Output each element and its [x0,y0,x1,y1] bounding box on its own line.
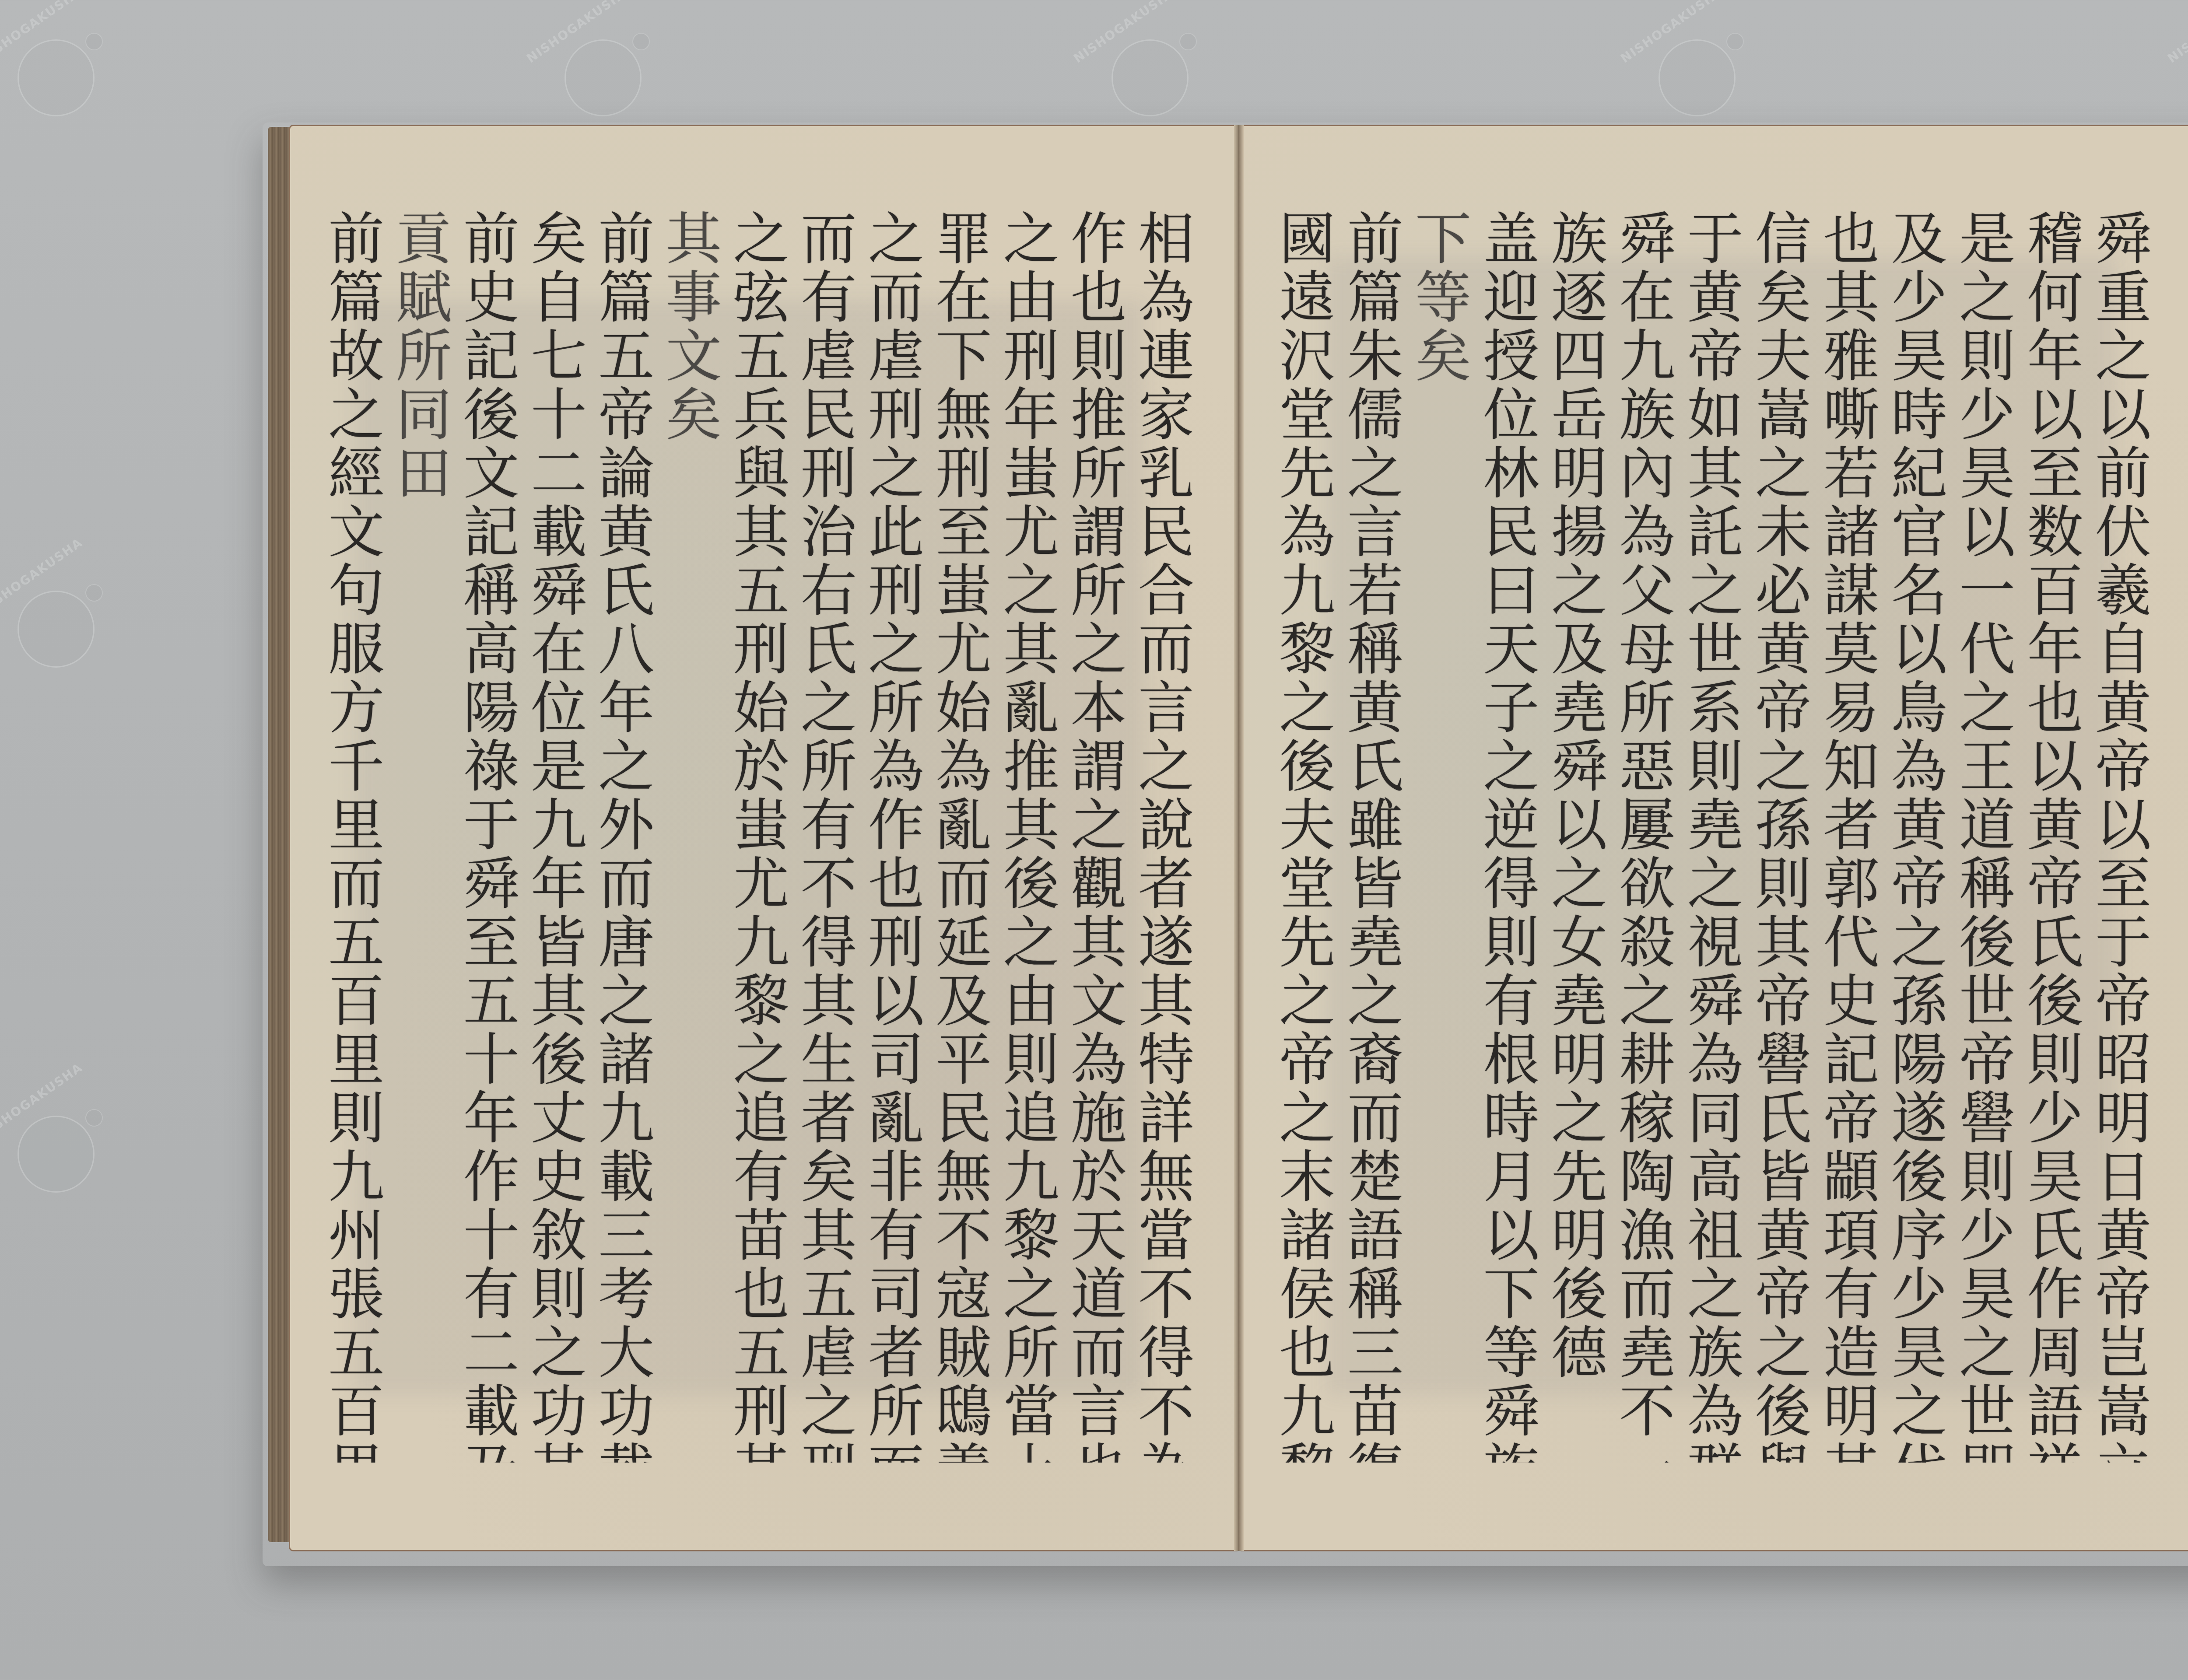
text-column: 是之則少昊以一代之王道稱後世帝嚳則少昊之世即衰也而其犯于黄帝之後 [1956,209,2023,1463]
text-column: 作也則推所謂所之本謂之觀其文為施於天道而言也則推其後之言推之前 [1068,209,1135,1463]
watermark-label: NISHOGAKUSHA [0,535,85,617]
text-column: 族逐四岳明揚之及堯舜以之女堯明之先明後德 [1547,209,1615,1463]
book-spine-gutter [1234,125,1244,1551]
text-column: 之弦五兵與其五刑始於蚩尤九黎之追有苗也五刑其肆所措不同者為言而已 [730,209,797,1463]
text-column: 之而虐刑之此刑之所為作也刑以司亂非有司者所而不得已而後用之宋 [865,209,933,1463]
watermark-label: NISHOGAKUSHA [0,0,85,66]
text-column: 下等矣 [1412,209,1480,1463]
watermark-logo-icon: NISHOGAKUSHA [0,569,105,674]
watermark-label: NISHOGAKUSHA [1071,0,1179,66]
left-page: 相為連家乳民合而言之說者遂其特詳無當不得不為之意夫古則之為刑而作也則推所謂所之本… [289,125,1238,1551]
text-column: 相為連家乳民合而言之說者遂其特詳無當不得不為之意夫古則之為刑而 [1135,209,1203,1463]
right-page: 舜重之以前伏羲自黄帝以至于帝昭明日黄帝岂嵩立而蟬放康冏望稽何年以至数百年也以黄帝… [1241,125,2188,1551]
left-page-text-columns: 相為連家乳民合而言之說者遂其特詳無當不得不為之意夫古則之為刑而作也則推所謂所之本… [325,209,1203,1463]
text-column: 前篇故之經文句服方千里而五百里則九州張五百里者舜一州之地 [325,209,393,1463]
text-column: 前篇朱儒之言若稱黄氏雖皆堯之裔而楚語稱三苗復九黎之德孔安 [1343,209,1411,1463]
watermark-logo-icon: NISHOGAKUSHA [0,1094,105,1199]
text-column: 稽何年以至数百年也以黄帝氏後則少昊氏作周語祥少昊氏之衰九黎亂德 [2023,209,2091,1463]
text-column: 貢賦所同田 [393,209,460,1463]
text-column: 于黄帝如其託之世系則堯之視舜為同高祖之族為群從兄弟何得九族之內也 [1683,209,1751,1463]
text-column: 之由刑年蚩尤之其亂推其後之由則追九黎之所當上古之世其民厚朴在上無 [1000,209,1067,1463]
text-column: 前篇五帝論黄氏八年之外而唐之諸九載三考大功載而後成功千八十載之間 [595,209,663,1463]
watermark-label: NISHOGAKUSHA [2165,0,2188,66]
text-column: 國遠沢堂先為九黎之後夫堂先之帝之末諸侯也九黎少昊之末諸侯也其時 [1276,209,1343,1463]
text-column: 前史記後文記稱高陽祿于舜至五十年作十有二載乃同之文此特堯州 [460,209,527,1463]
text-column: 而有虐民刑治右氏之所有不得其生者矣其五虐之刑非信始三苗宜祝 [798,209,865,1463]
text-column: 及少昊時紀官名以鳥為黄帝之孫陽遂後序少昊之代何所謂黄帝之行業壽 [1887,209,1955,1463]
text-column: 盖迎授位林民曰天子之逆得則有根時月以下等舜族夢朝則有殿受明武 [1480,209,1547,1463]
watermark-logo-icon: NISHOGAKUSHA [547,17,652,122]
right-page-text-columns: 舜重之以前伏羲自黄帝以至于帝昭明日黄帝岂嵩立而蟬放康冏望稽何年以至数百年也以黄帝… [1276,209,2160,1463]
watermark-logo-icon: NISHOGAKUSHA [1094,17,1199,122]
text-column: 其事文矣 [663,209,730,1463]
text-column: 矣自七十二載舜在位是九年皆其後丈史敘則之功其亦何以方之 [528,209,595,1463]
watermark-label: NISHOGAKUSHA [0,1060,85,1142]
text-column: 信矣夫嵩之未必黄帝之孫則其帝嚳氏皆黄帝之後與何先舜果同出 [1752,209,1820,1463]
text-column: 罪在下無刑至蚩尤始為亂而延及平民無不寇賊鴟義姦宄奪攘矯虔 [933,209,1000,1463]
watermark-logo-icon: NISHOGAKUSHA [1641,17,1746,122]
watermark-label: NISHOGAKUSHA [1618,0,1726,66]
text-column: 也其雅嘶若諸謀莫易知者郭代史記帝顓頊有造明其所謂諸謀莫之足 [1820,209,1887,1463]
watermark-label: NISHOGAKUSHA [524,0,632,66]
text-column: 舜重之以前伏羲自黄帝以至于帝昭明日黄帝岂嵩立而蟬放康冏望 [2092,209,2160,1463]
watermark-logo-icon: NISHOGAKUSHA [0,17,105,122]
text-column: 舜在九族內為父母所惡屢欲殺之耕稼陶漁而堯不一顧有堯之親九 [1616,209,1683,1463]
